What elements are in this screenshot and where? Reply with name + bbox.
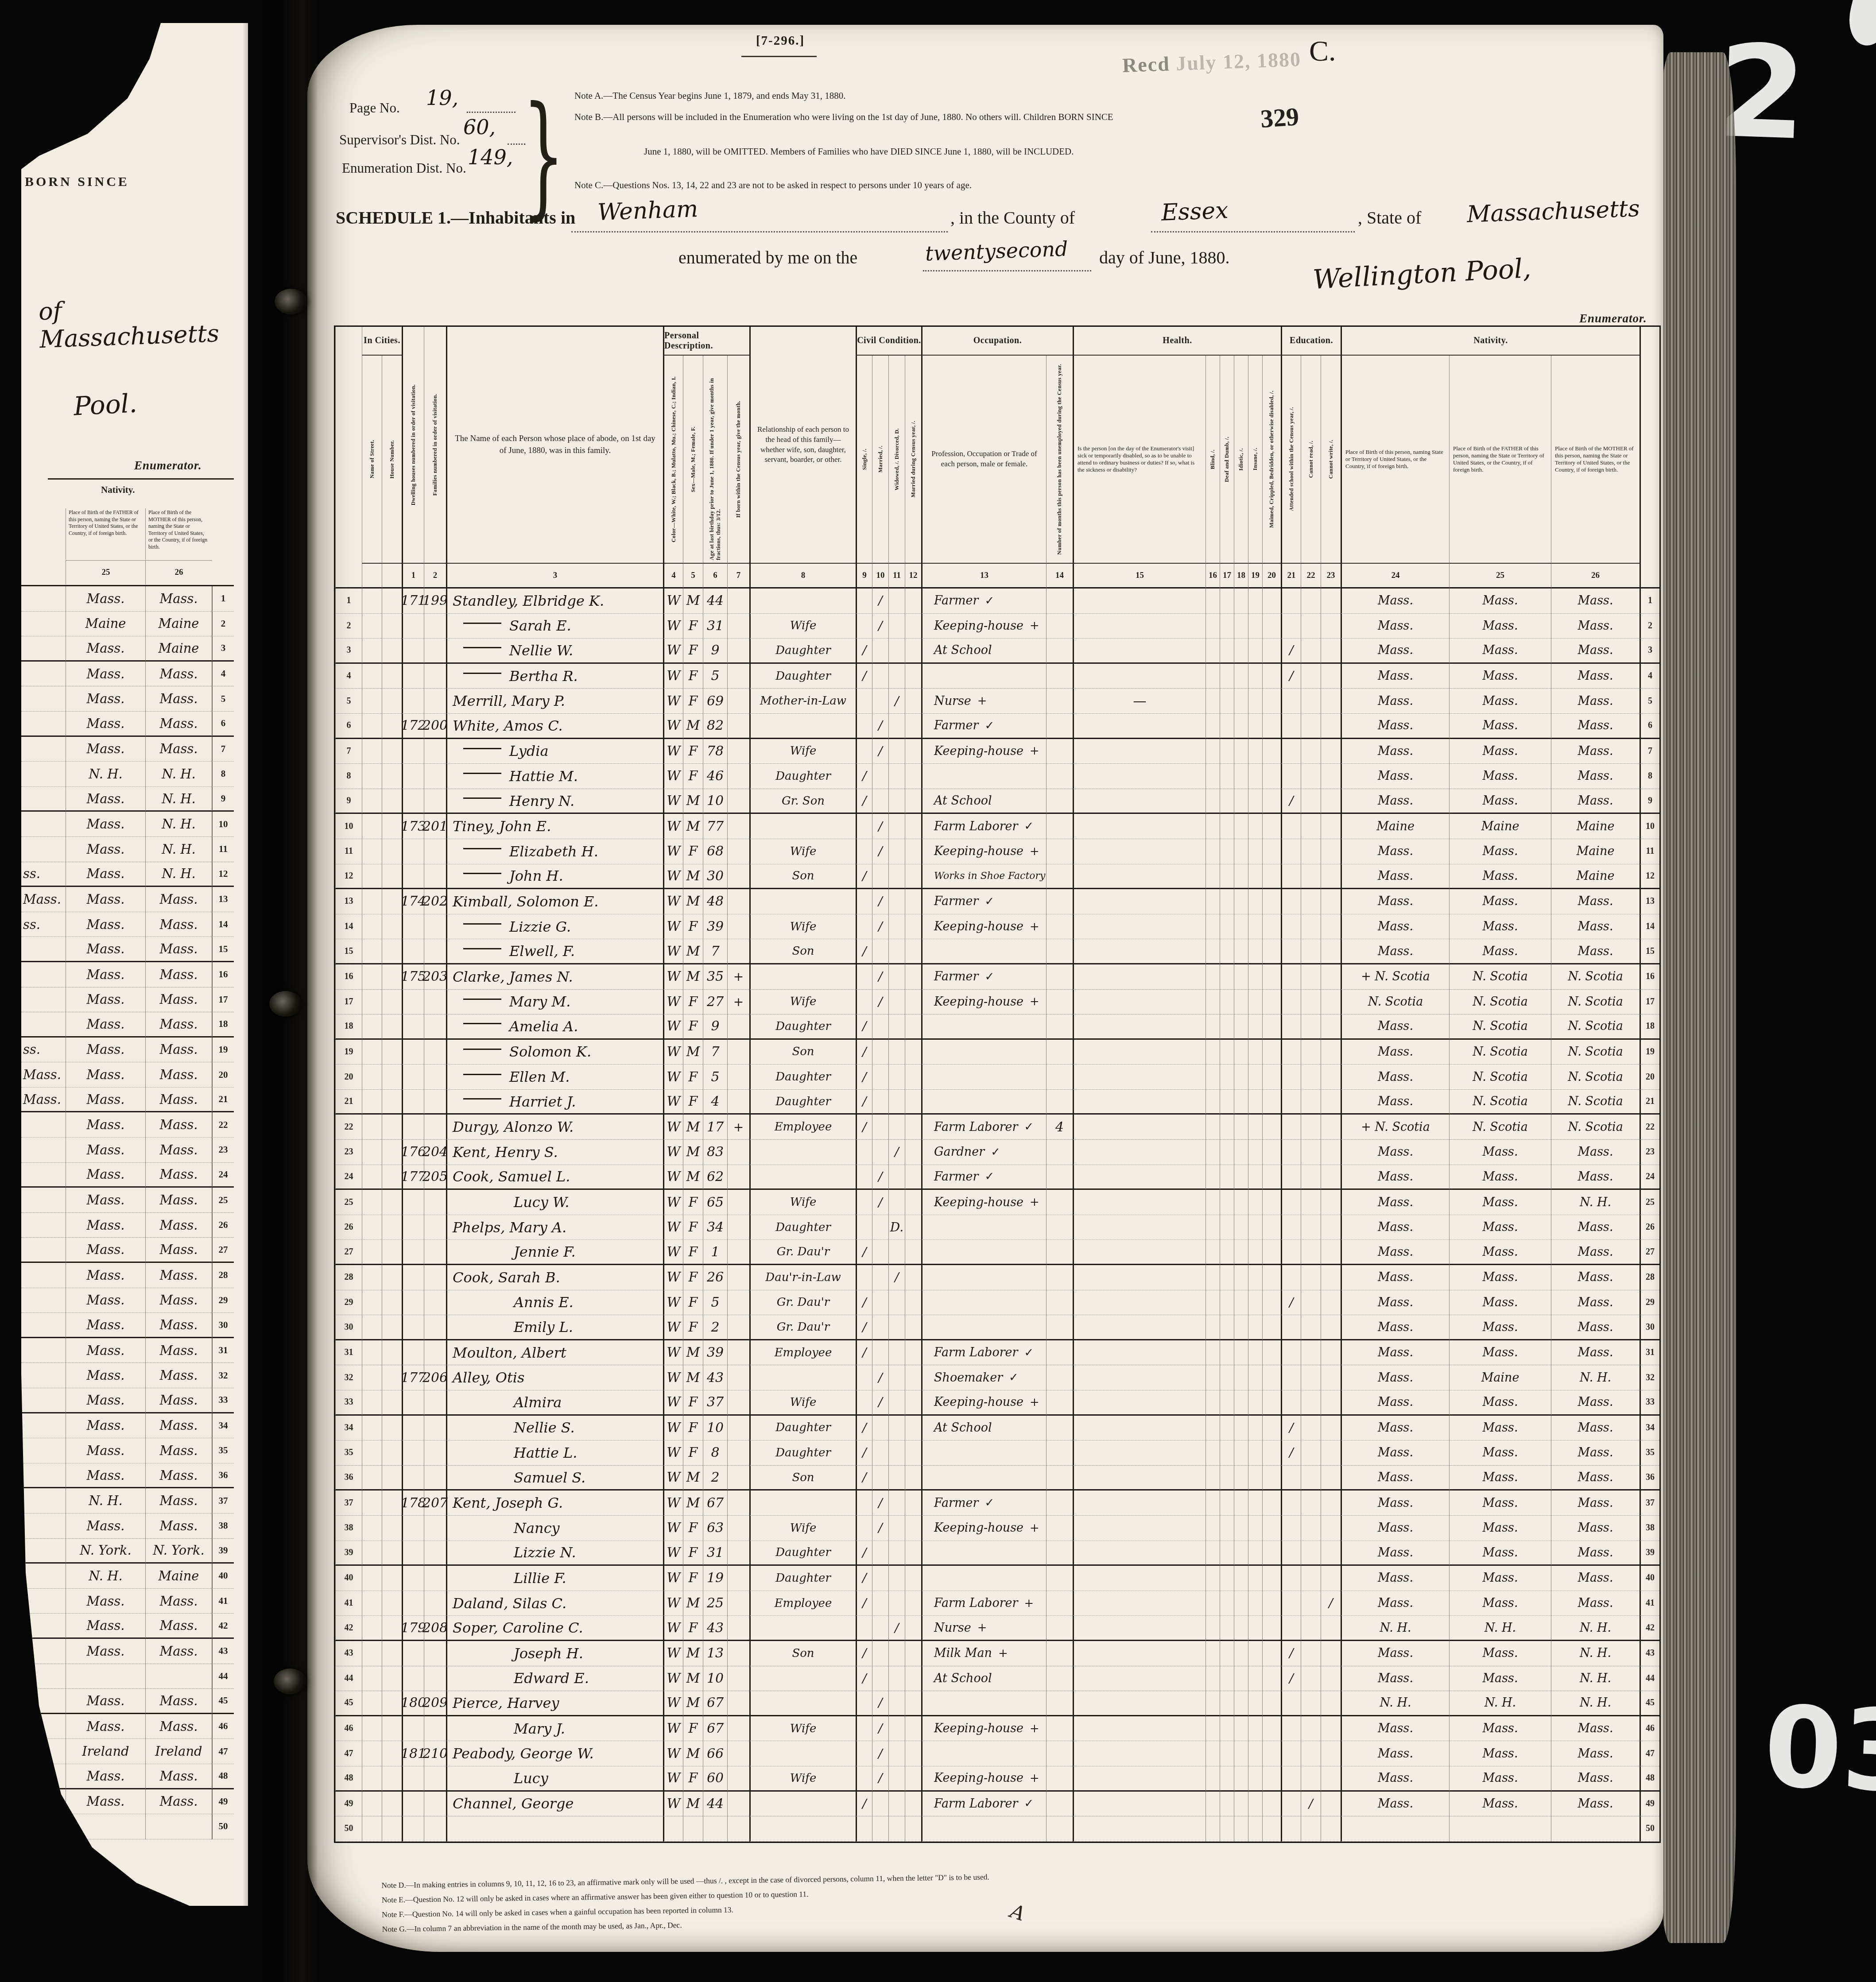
cell-sickness [1073,1190,1205,1215]
cell-birth-month [727,1466,749,1491]
cell-health-mark [1220,1090,1234,1115]
cell-married [872,864,888,890]
col-2-header-text: Families numbered in order of visitation… [431,391,439,499]
cell-mother-birthplace: Mass. [145,1363,212,1388]
cell-attended-school [1281,1792,1301,1817]
cell-father-birthplace: Mass. [1449,714,1551,739]
cell-cannot-read [1301,1165,1321,1190]
col-17-header: Deaf and Dumb, /. [1220,356,1234,564]
cell-health-mark [1248,1591,1262,1616]
cell-cannot-write [1321,764,1341,789]
cell-name: Lydia [446,739,663,764]
cell-married: / [872,1741,888,1766]
cell-mother-birthplace: Mass. [1551,889,1640,914]
cell-single: / [856,1566,872,1591]
cell-health-mark [1205,1040,1220,1065]
cell-attended-school [1281,1390,1301,1416]
cell-married [872,1641,888,1666]
cell-birth-month [727,864,749,890]
cell-color: W [663,1666,683,1692]
cell-dwelling-number [402,1466,424,1491]
cell-health-mark [1234,1716,1248,1742]
col-18-header-text: Idiotic, /. [1237,445,1245,473]
cell-health-mark [1248,1741,1262,1766]
cell-relationship: Son [749,1466,856,1491]
cell-cannot-write [1321,664,1341,689]
col-14-header-text: Number of months this person has been un… [1056,361,1063,557]
cell-age: 25 [703,1591,727,1616]
col-17-number: 17 [1220,564,1234,588]
cell-cannot-write [1321,1416,1341,1441]
cell-occupation: Farmer✓ [921,1490,1046,1516]
cell-months-unemployed [1046,1240,1073,1265]
received-stamp-date: July 12, 1880 [1175,48,1301,75]
cell-birth-month [727,1666,749,1692]
occupation-text: At School [934,643,992,657]
cell-sex: M [683,1691,703,1716]
cell-house [382,614,402,639]
cell-father-birthplace: Mass. [66,812,145,837]
cell-family-number [424,1390,446,1416]
row-number: 31 [212,1338,234,1363]
cell-attended-school [1281,1365,1301,1390]
cell-street [362,814,382,839]
occupation-text: Keeping-house [934,844,1023,858]
cell-health-mark [1205,1065,1220,1090]
cell-health-mark [1262,1440,1281,1466]
ink-mark: A [1008,1900,1028,1925]
cell-birth-month [727,889,749,914]
cell-health-mark [1220,739,1234,764]
cell-dwelling-number: 175 [402,964,424,990]
col-23-number: 23 [1321,564,1341,588]
cell-married-during-year [905,1140,921,1165]
col-22-header-text: Cannot read, /. [1307,438,1315,480]
cell-name: Lucy [446,1766,663,1792]
cell-health-mark [1220,1115,1234,1140]
cell-single: / [856,1641,872,1666]
cell-health-mark [1220,639,1234,664]
cell-relationship [749,588,856,614]
cell-dwelling-number: 177 [402,1365,424,1390]
cell-health-mark [1234,889,1248,914]
name-text: Solomon K. [509,1043,591,1060]
cell-father-birthplace: Mass. [1449,1766,1551,1792]
group-personal-description: Personal Description. [663,327,749,356]
cell-family-number: 207 [424,1490,446,1516]
cell-col24-fragment [21,1488,66,1514]
cell-months-unemployed [1046,1165,1073,1190]
cell-mother-birthplace [145,1664,212,1689]
occupation-text: Farm Laborer [934,1797,1018,1811]
cell-family-number [424,614,446,639]
cell-relationship: Daughter [749,1215,856,1240]
cell-cannot-read [1301,764,1321,789]
cell-married-during-year [905,889,921,914]
left-page-born-since-fragment: BORN SINCE [25,174,129,190]
cell-street [362,839,382,864]
enumeration-date-value: twentysecond [925,236,1068,265]
cell-cannot-write [1321,639,1341,664]
cell-health-mark [1234,1466,1248,1491]
cell-cannot-write [1321,1265,1341,1290]
cell-col24-fragment [21,662,66,687]
cell-health-mark [1248,739,1262,764]
cell-family-number [424,1014,446,1040]
cell-dwelling-number [402,990,424,1015]
cell-health-mark [1205,588,1220,614]
cell-attended-school [1281,714,1301,739]
cell-health-mark [1262,1014,1281,1040]
cell-street [362,1716,382,1742]
cell-health-mark [1205,889,1220,914]
cell-married-during-year [905,1315,921,1340]
cell-married-during-year [905,1741,921,1766]
cell-single [856,964,872,990]
cell-family-number: 201 [424,814,446,839]
cell-color: W [663,1466,683,1491]
cell-color: W [663,814,683,839]
cell-birth-month [727,689,749,714]
cell-father-birthplace: Mass. [66,1313,145,1338]
cell-health-mark [1262,1516,1281,1541]
cell-sex: M [683,1741,703,1766]
cell-health-mark [1234,1516,1248,1541]
cell-col24-fragment [21,1388,66,1413]
cell-attended-school [1281,914,1301,940]
cell-age: 5 [703,1065,727,1090]
cell-house [382,814,402,839]
cell-health-mark [1262,1040,1281,1065]
cell-mother-birthplace: Ireland [145,1739,212,1764]
cell-occupation: Milk Man+ [921,1641,1046,1666]
town-value: Wenham [597,196,698,226]
cell-birth-month [727,839,749,864]
col-26-header-text: Place of Birth of the MOTHER of this per… [1551,443,1640,476]
cell-months-unemployed [1046,1215,1073,1240]
cell-health-mark [1248,864,1262,890]
cell-father-birthplace: Mass. [1449,1666,1551,1692]
cell-house [382,1566,402,1591]
cell-sickness [1073,1516,1205,1541]
cell-cannot-read [1301,1741,1321,1766]
col-25-header: Place of Birth of the FATHER of this per… [1449,356,1551,564]
cell-occupation: Keeping-house+ [921,1716,1046,1742]
cell-attended-school [1281,1014,1301,1040]
col-1-number: 1 [402,564,424,588]
cell-father-birthplace: Mass. [66,1363,145,1388]
cell-relationship: Daughter [749,639,856,664]
row-number: 11 [212,837,234,862]
cell-birth-month [727,1165,749,1190]
cell-father-birthplace: N. H. [66,1564,145,1589]
col-20-number: 20 [1262,564,1281,588]
cell-street [362,889,382,914]
cell-occupation: Farmer✓ [921,714,1046,739]
cell-age: 39 [703,1340,727,1366]
row-number: 14 [212,912,234,937]
row-number-right: 10 [1640,814,1659,839]
cell-health-mark [1262,1240,1281,1265]
note-a: Note A.—The Census Year begins June 1, 1… [574,90,845,101]
cell-attended-school [1281,1165,1301,1190]
cell-father-birthplace: Mass. [66,686,145,712]
cell-dwelling-number [402,1014,424,1040]
cell-birth-month [727,1090,749,1115]
cell-widowed-divorced: / [888,1140,905,1165]
occupation-text: Keeping-house [934,619,1023,633]
cell-widowed-divorced [888,889,905,914]
cell-age: 83 [703,1140,727,1165]
cell-cannot-read [1301,1115,1321,1140]
cell-name: Lillie F. [446,1566,663,1591]
cell-health-mark [1262,664,1281,689]
row-number-left: 23 [335,1140,362,1165]
cell-age: 31 [703,1541,727,1566]
cell-sex: M [683,1490,703,1516]
cell-father-birthplace: Mass. [1449,1792,1551,1817]
cell-health-mark [1234,814,1248,839]
cell-married [872,1792,888,1817]
cell-father-birthplace: Mass. [1449,1641,1551,1666]
row-number: 24 [212,1163,234,1188]
row-number: 25 [212,1188,234,1213]
cell-dwelling-number [402,789,424,814]
cell-sickness [1073,1591,1205,1616]
cell-col24-fragment [21,1138,66,1163]
cell-health-mark [1234,1115,1248,1140]
cell-attended-school [1281,1215,1301,1240]
cell-sickness [1073,1315,1205,1340]
cell-cannot-read [1301,1340,1321,1366]
cell-cannot-read [1301,1516,1321,1541]
cell-name: Standley, Elbridge K. [446,588,663,614]
cell-health-mark [1262,1065,1281,1090]
cell-married [872,689,888,714]
name-text: Peabody, George W. [453,1745,594,1762]
cell-age: 10 [703,1666,727,1692]
cell-widowed-divorced [888,1516,905,1541]
cell-mother-birthplace: Mass. [1551,789,1640,814]
cell-color: W [663,1390,683,1416]
cell-birthplace: Mass. [1341,839,1449,864]
dotted-leader [467,112,516,113]
cell-cannot-write [1321,714,1341,739]
cell-sickness [1073,1215,1205,1240]
cell-family-number [424,1190,446,1215]
cell-single [856,814,872,839]
cell-occupation [921,764,1046,789]
cell-married-during-year [905,1365,921,1390]
cell-family-number [424,789,446,814]
cell-sickness [1073,639,1205,664]
col-24-header: Place of Birth of this person, naming St… [1341,356,1449,564]
cell-street [362,689,382,714]
cell-house [382,1315,402,1340]
cell-months-unemployed [1046,1290,1073,1316]
cell-health-mark [1220,864,1234,890]
note-b-line2: June 1, 1880, will be OMITTED. Members o… [644,146,1074,157]
cell-family-number [424,1816,446,1842]
cell-street [362,1416,382,1441]
cell-health-mark [1234,1440,1248,1466]
cell-father-birthplace: Mass. [1449,1416,1551,1441]
cell-age: 19 [703,1566,727,1591]
cell-months-unemployed [1046,1190,1073,1215]
cell-mother-birthplace: Mass. [1551,1541,1640,1566]
name-text: White, Amos C. [453,717,563,734]
cell-father-birthplace: Mass. [66,1012,145,1037]
cell-occupation: At School [921,1416,1046,1441]
cell-house [382,1090,402,1115]
name-text: Sarah E. [509,617,571,634]
tally-mark: ✓ [985,1496,994,1510]
cell-sex: F [683,1566,703,1591]
cell-relationship: Employee [749,1115,856,1140]
cell-health-mark [1262,1641,1281,1666]
cell-sex: F [683,1014,703,1040]
cell-health-mark [1234,639,1248,664]
row-number: 7 [212,737,234,762]
cell-health-mark [1248,1165,1262,1190]
cell-occupation: Keeping-house+ [921,614,1046,639]
row-number-right: 30 [1640,1315,1659,1340]
cell-health-mark [1220,1290,1234,1316]
cell-house [382,1616,402,1641]
cell-months-unemployed: 4 [1046,1115,1073,1140]
cell-name [446,1816,663,1842]
cell-mother-birthplace: Mass. [1551,1440,1640,1466]
cell-birthplace: Mass. [1341,1440,1449,1466]
enumerated-by-label: enumerated by me on the [678,247,857,268]
occupation-text: Keeping-house [934,920,1023,933]
cell-relationship: Gr. Dau'r [749,1315,856,1340]
row-number-left: 47 [335,1741,362,1766]
cell-married: / [872,1165,888,1190]
cell-married [872,1090,888,1115]
cell-cannot-read [1301,714,1321,739]
cell-sickness [1073,964,1205,990]
cell-married: / [872,1716,888,1742]
cell-birthplace: + N. Scotia [1341,964,1449,990]
cell-cannot-write [1321,739,1341,764]
name-text: Durgy, Alonzo W. [453,1119,574,1135]
row-number: 45 [212,1689,234,1714]
cell-name: Tiney, John E. [446,814,663,839]
cell-birthplace: Mass. [1341,1040,1449,1065]
row-number-right: 2 [1640,614,1659,639]
cell-single: / [856,1040,872,1065]
cell-health-mark [1220,588,1234,614]
cell-sex: F [683,664,703,689]
cell-family-number [424,1666,446,1692]
cell-cannot-read [1301,1390,1321,1416]
row-number-left: 12 [335,864,362,890]
cell-months-unemployed [1046,689,1073,714]
row-number-left: 38 [335,1516,362,1541]
cell-single: / [856,1666,872,1692]
cell-sex: M [683,1165,703,1190]
cell-occupation: At School [921,639,1046,664]
col-15-number: 15 [1073,564,1205,588]
cell-father-birthplace: Mass. [1449,739,1551,764]
row-number-left: 37 [335,1490,362,1516]
row-number: 38 [212,1514,234,1539]
row-number: 36 [212,1463,234,1489]
cell-occupation [921,1240,1046,1265]
cell-sickness [1073,789,1205,814]
row-number-right: 47 [1640,1741,1659,1766]
cell-months-unemployed [1046,1716,1073,1742]
row-number-right: 41 [1640,1591,1659,1616]
row-number-right: 48 [1640,1766,1659,1792]
row-number-right: 18 [1640,1014,1659,1040]
cell-cannot-read [1301,1766,1321,1792]
tally-mark: + [1030,845,1039,858]
name-text: Soper, Caroline C. [453,1619,583,1636]
name-text: Bertha R. [509,668,578,685]
cell-health-mark [1234,1040,1248,1065]
cell-health-mark [1220,1365,1234,1390]
page-no-value: 19, [426,86,458,110]
cell-street [362,1315,382,1340]
cell-dwelling-number: 171 [402,588,424,614]
cell-dwelling-number: 179 [402,1616,424,1641]
cell-birth-month [727,1440,749,1466]
cell-dwelling-number [402,864,424,890]
cell-family-number [424,1541,446,1566]
cell-attended-school [1281,1190,1301,1215]
cell-mother-birthplace: Mass. [1551,1792,1640,1817]
cell-health-mark [1234,1666,1248,1692]
cell-name: Daland, Silas C. [446,1591,663,1616]
cell-cannot-write [1321,964,1341,990]
cell-health-mark [1220,1416,1234,1441]
row-number-right: 34 [1640,1416,1659,1441]
cell-married: / [872,739,888,764]
col-6-number: 6 [703,564,727,588]
cell-months-unemployed [1046,664,1073,689]
row-number: 46 [212,1714,234,1739]
cell-relationship: Daughter [749,1541,856,1566]
col-12-header-text: Married during Census year, /. [910,418,917,500]
cell-married-during-year [905,1065,921,1090]
cell-mother-birthplace: Mass. [145,1037,212,1063]
cell-mother-birthplace: Mass. [1551,639,1640,664]
cell-mother-birthplace: Mass. [1551,939,1640,964]
cell-widowed-divorced [888,588,905,614]
name-text: Elizabeth H. [509,843,598,860]
cell-attended-school [1281,1140,1301,1165]
cell-father-birthplace: Mass. [1449,664,1551,689]
cell-family-number [424,1315,446,1340]
note-c: Note C.—Questions Nos. 13, 14, 22 and 23… [574,180,972,191]
row-number: 5 [212,686,234,712]
occupation-text: Nurse [934,1621,971,1635]
cell-single [856,1215,872,1240]
cell-sickness [1073,990,1205,1015]
cell-sex: M [683,714,703,739]
cell-house [382,789,402,814]
occupation-text: Works in Shoe Factory [934,871,1045,882]
cell-health-mark [1234,1190,1248,1215]
cell-name: Clarke, James N. [446,964,663,990]
cell-father-birthplace: Mass. [66,1062,145,1088]
cell-age: 43 [703,1616,727,1641]
cell-married: / [872,588,888,614]
cell-father-birthplace [1449,1816,1551,1842]
cell-attended-school: / [1281,664,1301,689]
